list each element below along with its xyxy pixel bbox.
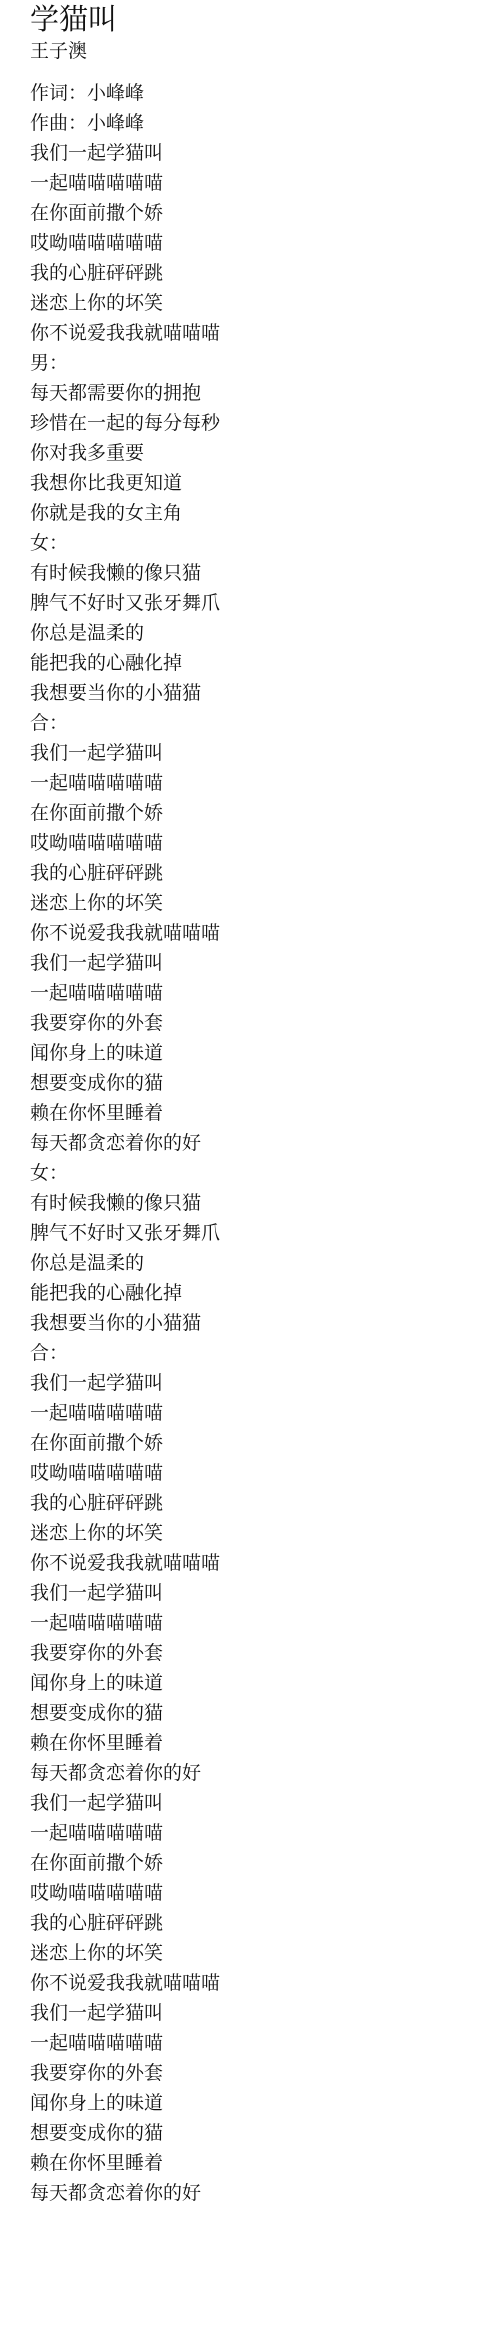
- lyric-line: 哎呦喵喵喵喵喵: [30, 828, 220, 858]
- lyric-line: 想要变成你的猫: [30, 2118, 220, 2148]
- lyric-line: 我们一起学猫叫: [30, 1998, 220, 2028]
- lyric-line: 我要穿你的外套: [30, 1008, 220, 1038]
- lyric-line: 你不说爱我我就喵喵喵: [30, 1548, 220, 1578]
- lyric-line: 作词：小峰峰: [30, 78, 220, 108]
- lyric-line: 想要变成你的猫: [30, 1068, 220, 1098]
- lyric-line: 合：: [30, 1338, 220, 1368]
- lyric-line: 女：: [30, 528, 220, 558]
- lyric-line: 我们一起学猫叫: [30, 1788, 220, 1818]
- lyric-line: 我的心脏砰砰跳: [30, 858, 220, 888]
- lyric-line: 我想要当你的小猫猫: [30, 1308, 220, 1338]
- lyric-line: 你不说爱我我就喵喵喵: [30, 1968, 220, 1998]
- lyric-line: 合：: [30, 708, 220, 738]
- lyric-line: 每天都贪恋着你的好: [30, 1128, 220, 1158]
- lyric-line: 闻你身上的味道: [30, 1668, 220, 1698]
- lyric-line: 在你面前撒个娇: [30, 198, 220, 228]
- lyric-line: 我想要当你的小猫猫: [30, 678, 220, 708]
- lyric-line: 我的心脏砰砰跳: [30, 258, 220, 288]
- lyric-line: 每天都贪恋着你的好: [30, 1758, 220, 1788]
- lyric-line: 迷恋上你的坏笑: [30, 888, 220, 918]
- lyric-line: 闻你身上的味道: [30, 1038, 220, 1068]
- lyric-line: 闻你身上的味道: [30, 2088, 220, 2118]
- lyric-line: 我们一起学猫叫: [30, 738, 220, 768]
- lyric-line: 有时候我懒的像只猫: [30, 1188, 220, 1218]
- lyric-line: 赖在你怀里睡着: [30, 2148, 220, 2178]
- lyric-line: 在你面前撒个娇: [30, 1848, 220, 1878]
- lyric-line: 你就是我的女主角: [30, 498, 220, 528]
- lyric-line: 一起喵喵喵喵喵: [30, 2028, 220, 2058]
- lyric-line: 想要变成你的猫: [30, 1698, 220, 1728]
- lyric-line: 我的心脏砰砰跳: [30, 1908, 220, 1938]
- lyric-line: 我们一起学猫叫: [30, 1368, 220, 1398]
- lyric-line: 我的心脏砰砰跳: [30, 1488, 220, 1518]
- lyric-line: 有时候我懒的像只猫: [30, 558, 220, 588]
- lyric-line: 我要穿你的外套: [30, 2058, 220, 2088]
- lyric-line: 迷恋上你的坏笑: [30, 1518, 220, 1548]
- lyric-line: 一起喵喵喵喵喵: [30, 1398, 220, 1428]
- artist-name: 王子澳: [30, 38, 87, 64]
- lyric-line: 你总是温柔的: [30, 1248, 220, 1278]
- song-title: 学猫叫: [30, 0, 117, 38]
- lyric-line: 你不说爱我我就喵喵喵: [30, 318, 220, 348]
- lyric-line: 作曲：小峰峰: [30, 108, 220, 138]
- lyric-line: 哎呦喵喵喵喵喵: [30, 1458, 220, 1488]
- lyric-line: 脾气不好时又张牙舞爪: [30, 588, 220, 618]
- lyric-line: 男：: [30, 348, 220, 378]
- lyric-line: 赖在你怀里睡着: [30, 1098, 220, 1128]
- lyric-line: 一起喵喵喵喵喵: [30, 768, 220, 798]
- lyric-line: 一起喵喵喵喵喵: [30, 1608, 220, 1638]
- lyric-line: 能把我的心融化掉: [30, 648, 220, 678]
- lyric-line: 你总是温柔的: [30, 618, 220, 648]
- lyric-line: 我们一起学猫叫: [30, 1578, 220, 1608]
- lyric-line: 你对我多重要: [30, 438, 220, 468]
- lyric-line: 哎呦喵喵喵喵喵: [30, 1878, 220, 1908]
- lyric-line: 一起喵喵喵喵喵: [30, 168, 220, 198]
- lyric-line: 我们一起学猫叫: [30, 948, 220, 978]
- lyric-line: 脾气不好时又张牙舞爪: [30, 1218, 220, 1248]
- lyric-line: 每天都贪恋着你的好: [30, 2178, 220, 2208]
- lyric-line: 一起喵喵喵喵喵: [30, 978, 220, 1008]
- lyric-line: 迷恋上你的坏笑: [30, 288, 220, 318]
- lyric-line: 你不说爱我我就喵喵喵: [30, 918, 220, 948]
- lyric-line: 哎呦喵喵喵喵喵: [30, 228, 220, 258]
- lyrics-list: 作词：小峰峰 作曲：小峰峰我们一起学猫叫一起喵喵喵喵喵在你面前撒个娇哎呦喵喵喵喵…: [30, 78, 220, 2208]
- lyric-line: 女：: [30, 1158, 220, 1188]
- lyric-line: 在你面前撒个娇: [30, 1428, 220, 1458]
- lyric-line: 赖在你怀里睡着: [30, 1728, 220, 1758]
- lyric-line: 能把我的心融化掉: [30, 1278, 220, 1308]
- lyric-line: 我想你比我更知道: [30, 468, 220, 498]
- lyric-line: 珍惜在一起的每分每秒: [30, 408, 220, 438]
- lyric-line: 我们一起学猫叫: [30, 138, 220, 168]
- lyric-line: 一起喵喵喵喵喵: [30, 1818, 220, 1848]
- lyric-line: 迷恋上你的坏笑: [30, 1938, 220, 1968]
- lyric-line: 在你面前撒个娇: [30, 798, 220, 828]
- lyric-line: 我要穿你的外套: [30, 1638, 220, 1668]
- lyric-line: 每天都需要你的拥抱: [30, 378, 220, 408]
